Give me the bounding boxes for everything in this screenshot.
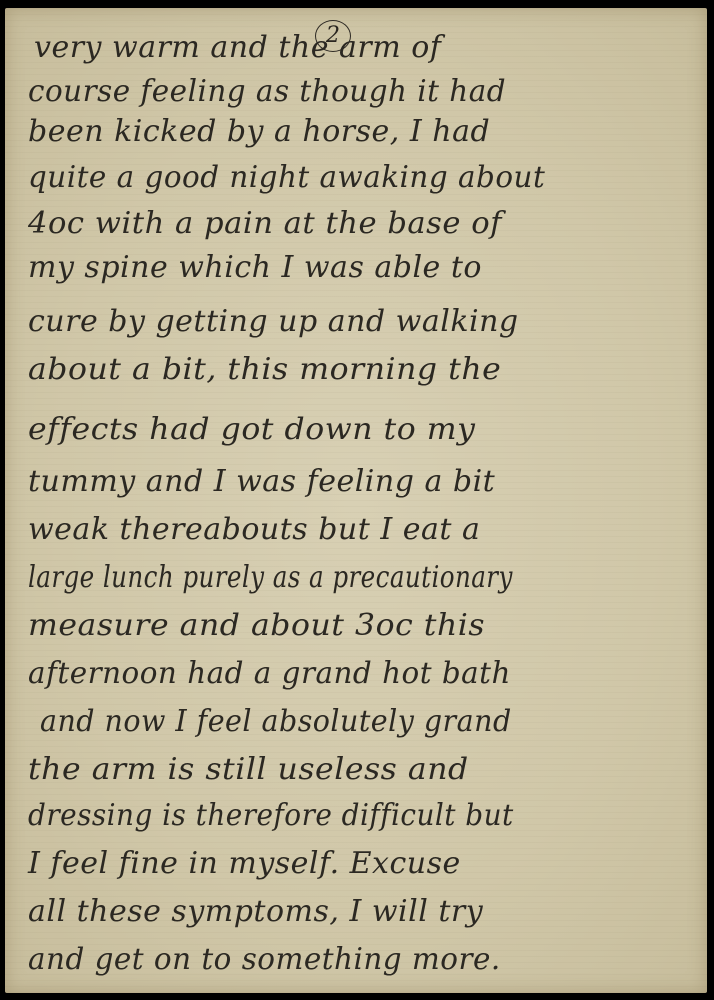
text-line: effects had got down to my <box>28 412 475 447</box>
text-line: measure and about 3oc this <box>28 608 485 643</box>
text-line: the arm is still useless and <box>28 752 469 787</box>
text-line: 4oc with a pain at the base of <box>28 206 502 241</box>
text-line: afternoon had a grand hot bath <box>28 656 511 691</box>
text-line: very warm and the arm of <box>34 30 441 65</box>
text-line: been kicked by a horse, I had <box>28 114 490 149</box>
text-line: tummy and I was feeling a bit <box>28 464 495 499</box>
text-line: and now I feel absolutely grand <box>40 704 512 739</box>
text-line: weak thereabouts but I eat a <box>28 512 480 547</box>
text-line: about a bit, this morning the <box>28 352 501 387</box>
text-line: course feeling as though it had <box>28 74 506 109</box>
text-line: dressing is therefore difficult but <box>28 798 514 833</box>
text-line: large lunch purely as a precautionary <box>28 560 513 595</box>
text-line: quite a good night awaking about <box>28 160 545 195</box>
text-line: I feel fine in myself. Excuse <box>28 846 461 881</box>
text-line: and get on to something more. <box>28 942 501 977</box>
text-line: cure by getting up and walking <box>28 304 519 339</box>
text-line: my spine which I was able to <box>28 250 482 285</box>
text-line: all these symptoms, I will try <box>28 894 483 929</box>
